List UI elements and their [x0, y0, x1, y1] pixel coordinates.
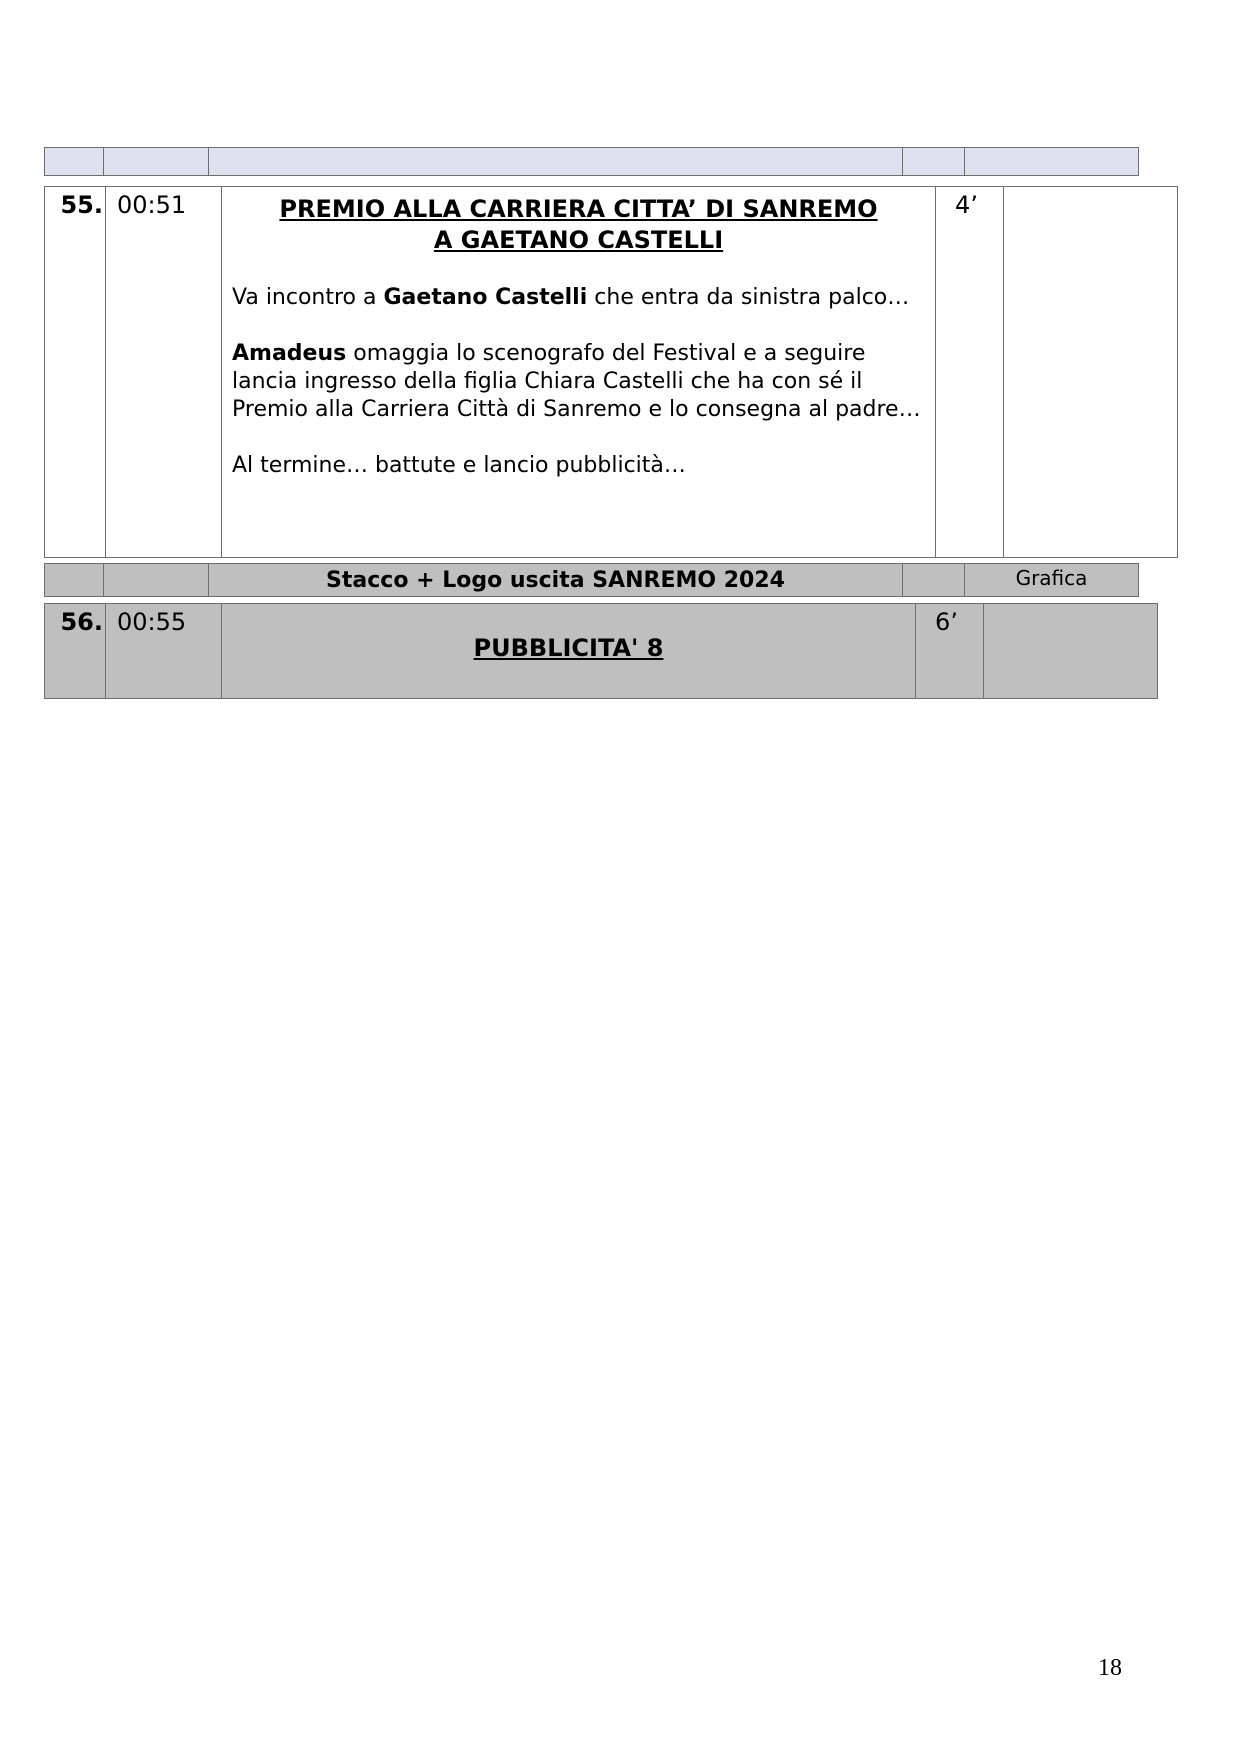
paragraph-2: Amadeus omaggia lo scenografo del Festiv… — [232, 340, 925, 424]
segment-56-table: 56. 00:55 PUBBLICITA' 8 6’ — [44, 603, 1158, 699]
segment-content: PREMIO ALLA CARRIERA CITTA’ DI SANREMO A… — [222, 187, 936, 558]
segment-title-line2: A GAETANO CASTELLI — [232, 225, 925, 256]
header-row — [45, 148, 1139, 176]
segment-time: 00:51 — [106, 187, 222, 558]
header-cell-time — [104, 148, 209, 176]
stacco-label: Stacco + Logo uscita SANREMO 2024 — [209, 564, 903, 597]
segment-duration: 6’ — [916, 604, 984, 699]
segment-notes — [984, 604, 1158, 699]
paragraph-1: Va incontro a Gaetano Castelli che entra… — [232, 284, 925, 312]
header-cell-duration — [903, 148, 965, 176]
stacco-cell-number — [45, 564, 104, 597]
paragraph-3: Al termine… battute e lancio pubblicità… — [232, 452, 925, 480]
segment-time: 00:55 — [106, 604, 222, 699]
segment-55-table: 55. 00:51 PREMIO ALLA CARRIERA CITTA’ DI… — [44, 186, 1178, 558]
segment-title: PREMIO ALLA CARRIERA CITTA’ DI SANREMO A… — [232, 191, 925, 256]
segment-number: 56. — [45, 604, 106, 699]
header-row-table — [44, 147, 1139, 176]
header-cell-number — [45, 148, 104, 176]
stacco-table: Stacco + Logo uscita SANREMO 2024 Grafic… — [44, 563, 1139, 597]
segment-notes — [1004, 187, 1178, 558]
table-row: 56. 00:55 PUBBLICITA' 8 6’ — [45, 604, 1158, 699]
segment-title: PUBBLICITA' 8 — [222, 634, 915, 662]
stacco-row: Stacco + Logo uscita SANREMO 2024 Grafic… — [45, 564, 1139, 597]
segment-content: PUBBLICITA' 8 — [222, 604, 916, 699]
segment-duration: 4’ — [936, 187, 1004, 558]
stacco-cell-time — [104, 564, 209, 597]
header-cell-notes — [965, 148, 1139, 176]
segment-title-line1: PREMIO ALLA CARRIERA CITTA’ DI SANREMO — [232, 194, 925, 225]
table-row: 55. 00:51 PREMIO ALLA CARRIERA CITTA’ DI… — [45, 187, 1178, 558]
header-cell-content — [209, 148, 903, 176]
segment-number: 55. — [45, 187, 106, 558]
stacco-cell-duration — [903, 564, 965, 597]
page-number: 18 — [1098, 1655, 1122, 1682]
stacco-note: Grafica — [965, 564, 1139, 597]
